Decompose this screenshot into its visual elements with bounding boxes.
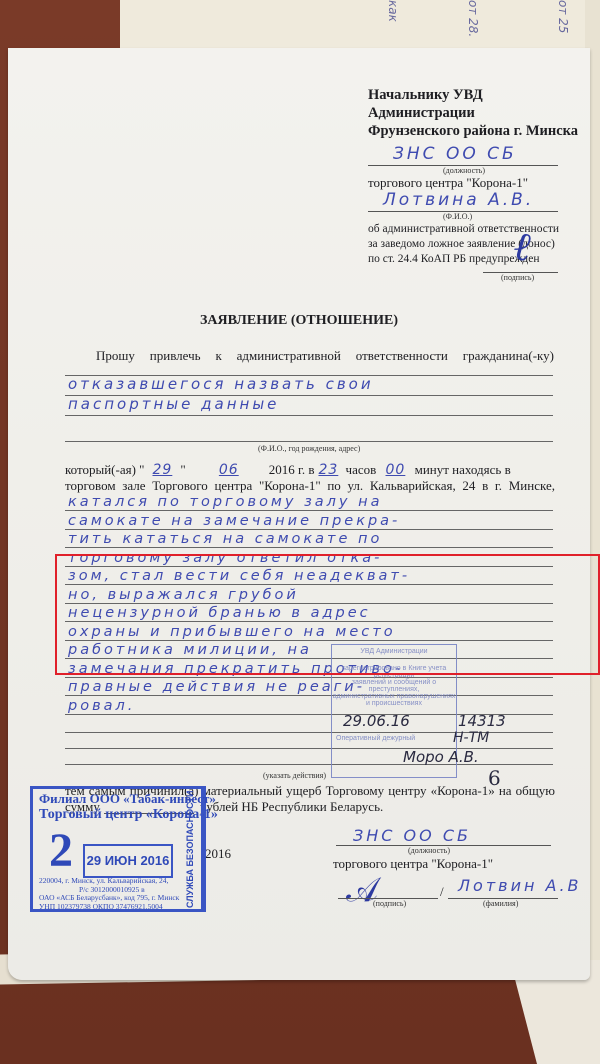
hours-label: часов bbox=[346, 462, 377, 477]
stamp-ids: УНП 102379738 ОКПО 37476921.5004 bbox=[39, 903, 189, 912]
duty-name-handwritten: Моро А.В. bbox=[403, 748, 479, 766]
incident-minute: 00 bbox=[380, 462, 412, 478]
background-writing: от 28. bbox=[460, 0, 480, 55]
footer-year: 2016 bbox=[205, 846, 231, 862]
incident-day: 29 bbox=[144, 462, 180, 478]
document-title: ЗАЯВЛЕНИЕ (ОТНОШЕНИЕ) bbox=[8, 312, 590, 330]
ruled-line bbox=[65, 529, 553, 530]
reg-stamp-line: административных правонарушениях bbox=[332, 693, 456, 700]
footer-surname-handwritten: Лотвин А.В bbox=[458, 876, 582, 895]
subject-handwritten-2: паспортные данные bbox=[68, 395, 279, 413]
incident-month: 06 bbox=[189, 462, 269, 478]
duty-label: Оперативный дежурный bbox=[336, 735, 415, 742]
background-writing: от 25 bbox=[550, 0, 570, 55]
damage-sum-suffix: рублей НБ Республики Беларусь. bbox=[200, 799, 383, 815]
incident-hour: 23 bbox=[314, 462, 342, 478]
ruled-line bbox=[65, 547, 553, 548]
company-stamp: Филиал ООО «Табак-инвест» Торговый центр… bbox=[30, 786, 206, 912]
addressee-line1: Начальнику УВД Администрации bbox=[368, 86, 590, 122]
highlight-box bbox=[55, 554, 600, 675]
position-caption: (должность) bbox=[443, 166, 485, 175]
background-writing: как bbox=[380, 0, 400, 55]
subject-handwritten-1: отказавшегося назвать свои bbox=[68, 375, 374, 393]
reg-stamp-line: заявлений и сообщений о преступлениях, bbox=[332, 679, 456, 693]
minutes-label: минут находясь в bbox=[415, 462, 511, 477]
action-line: ровал. bbox=[68, 698, 135, 714]
stamp-details: 220004, г. Минск, ул. Кальварийская, 24,… bbox=[39, 877, 189, 911]
stamp-number: 2 bbox=[49, 827, 73, 875]
ruled-line bbox=[65, 415, 553, 416]
ruled-line bbox=[65, 748, 553, 749]
footer-surname-caption: (фамилия) bbox=[483, 899, 518, 908]
ruled-line bbox=[65, 510, 553, 511]
footer-signature-caption: (подпись) bbox=[373, 899, 406, 908]
ruled-line bbox=[65, 677, 553, 678]
applicant-position-handwritten: ЗНС ОО СБ bbox=[393, 144, 517, 164]
subject-caption: (Ф.И.О., год рождения, адрес) bbox=[258, 444, 360, 453]
action-line: самокате на замечание прекра- bbox=[68, 513, 400, 529]
stamp-side-label: СЛУЖБА БЕЗОПАСНОСТИ bbox=[185, 789, 203, 909]
signature-caption: (подпись) bbox=[501, 273, 534, 282]
name-caption: (Ф.И.О.) bbox=[443, 212, 472, 221]
duty-rank-handwritten: Н-ТМ bbox=[453, 730, 489, 746]
footer-position-caption: (должность) bbox=[408, 846, 450, 855]
addressee-line2: Фрунзенского района г. Минска bbox=[368, 122, 590, 140]
reg-number-handwritten: 14313 bbox=[458, 712, 506, 730]
incident-location: торговом зале Торгового центра "Корона-1… bbox=[65, 478, 555, 494]
action-line: катался по торговому залу на bbox=[68, 494, 383, 510]
stamp-date: 29 ИЮН 2016 bbox=[83, 844, 173, 878]
action-line: тить кататься на самокате по bbox=[68, 531, 382, 547]
action-line: правные действия не реаги- bbox=[68, 679, 365, 695]
incident-year: 2016 г. в bbox=[269, 462, 315, 477]
addressee: Начальнику УВД Администрации Фрунзенског… bbox=[368, 86, 590, 140]
applicant-name-handwritten: Лотвина А.В. bbox=[383, 190, 534, 210]
footer-position-handwritten: ЗНС ОО СБ bbox=[353, 826, 471, 845]
statement-document: Начальнику УВД Администрации Фрунзенског… bbox=[8, 48, 590, 980]
scribble-mark: 6 bbox=[488, 766, 501, 790]
ruled-line bbox=[65, 695, 553, 696]
applicant-organization: торгового центра "Корона-1" bbox=[368, 175, 528, 191]
request-line: Прошу привлечь к административной ответс… bbox=[96, 348, 554, 364]
incident-prefix: который(-ая) " bbox=[65, 462, 144, 477]
separator-slash: / bbox=[440, 884, 444, 900]
ruled-line bbox=[65, 441, 553, 442]
reg-date-handwritten: 29.06.16 bbox=[343, 712, 410, 730]
incident-date-line: который(-ая) "29" 062016 г. в23 часов 00… bbox=[65, 462, 555, 478]
actions-caption: (указать действия) bbox=[263, 771, 326, 780]
reg-stamp-line: и происшествиях bbox=[332, 700, 456, 707]
ruled-line bbox=[65, 764, 553, 765]
